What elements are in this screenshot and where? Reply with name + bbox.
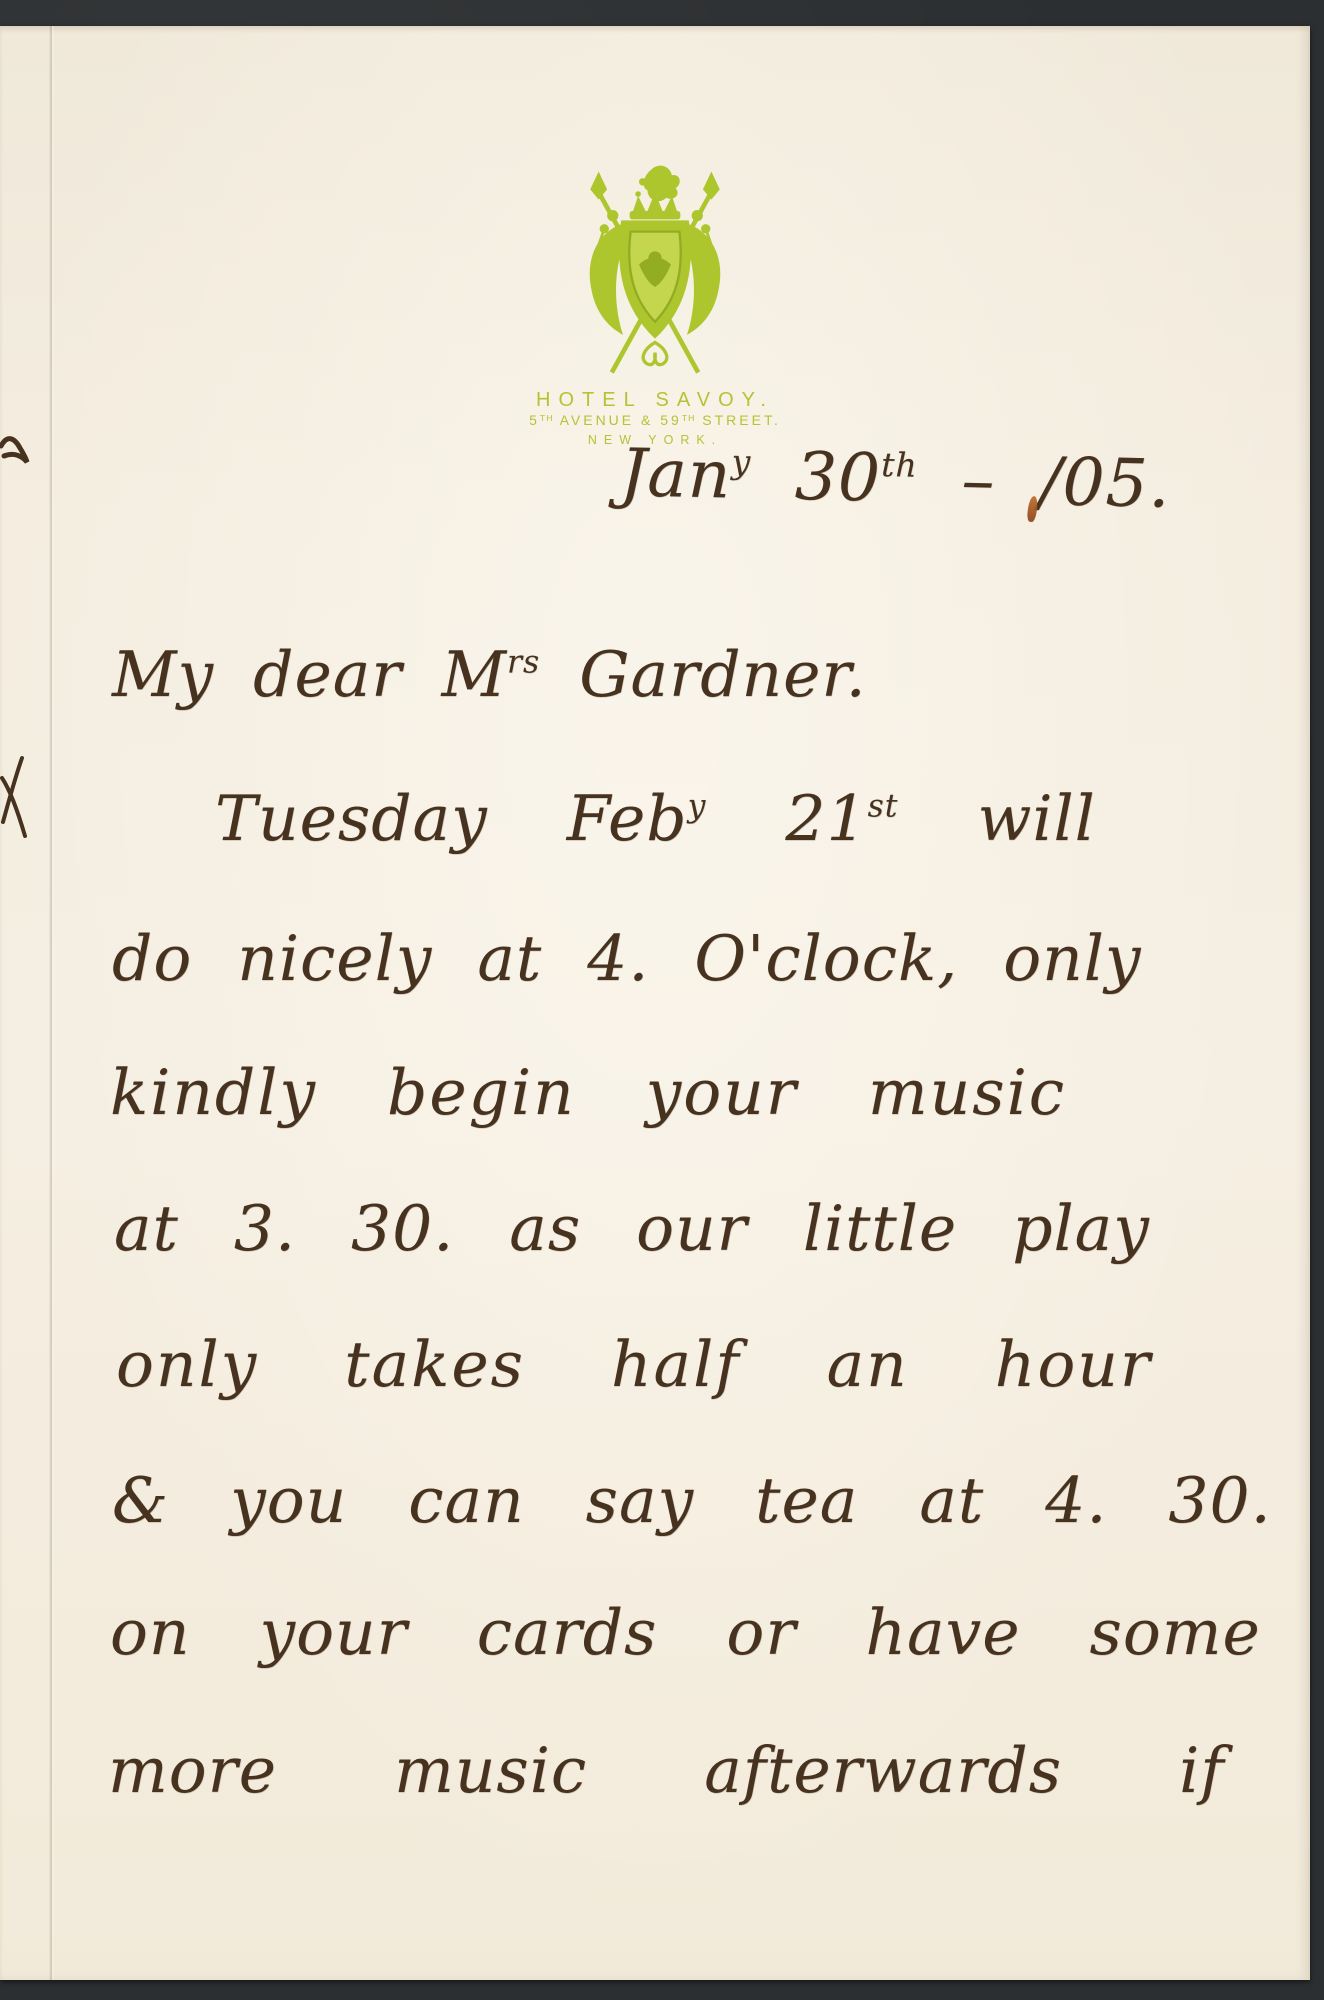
body-line: Tuesday Feby 21st will (215, 782, 1096, 855)
ink-showthrough-mark (0, 754, 30, 846)
scanned-letter-photo: { "colors": { "backdrop": "#2c2f31", "pa… (0, 0, 1324, 2000)
shield (619, 220, 691, 338)
body-line: more music afterwards if (108, 1734, 1225, 1807)
letter-page: HOTEL SAVOY. 5TH AVENUE & 59TH STREET. N… (0, 26, 1310, 1980)
hotel-savoy-crest-icon (561, 164, 749, 380)
body-line: on your cards or have some (110, 1596, 1261, 1669)
bottom-knot (643, 342, 667, 364)
hotel-address: 5TH AVENUE & 59TH STREET. (0, 412, 1310, 428)
body-line: do nicely at 4. O'clock, only (112, 922, 1141, 995)
body-line: at 3. 30. as our little play (114, 1192, 1150, 1265)
hotel-name: HOTEL SAVOY. (0, 389, 1310, 412)
salutation: My dear Mrs Gardner. (112, 638, 867, 711)
letterhead-crest-container (0, 164, 1310, 380)
body-line: only takes half an hour (116, 1328, 1152, 1401)
handwritten-date: Jany 30th – /05. (619, 434, 1171, 523)
body-line: kindly begin your music (110, 1056, 1066, 1129)
body-line: & you can say tea at 4. 30. (112, 1464, 1272, 1537)
crown (630, 187, 681, 220)
